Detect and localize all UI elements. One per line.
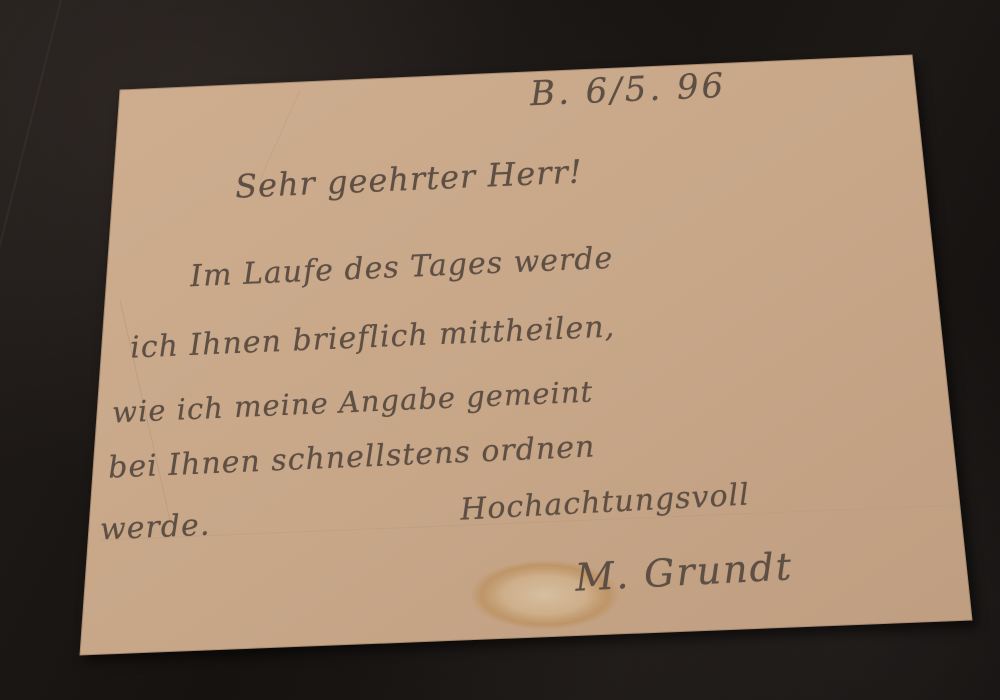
letter-date: B. 6/5. 96	[529, 66, 727, 115]
letter-body-line: werde.	[99, 508, 211, 548]
